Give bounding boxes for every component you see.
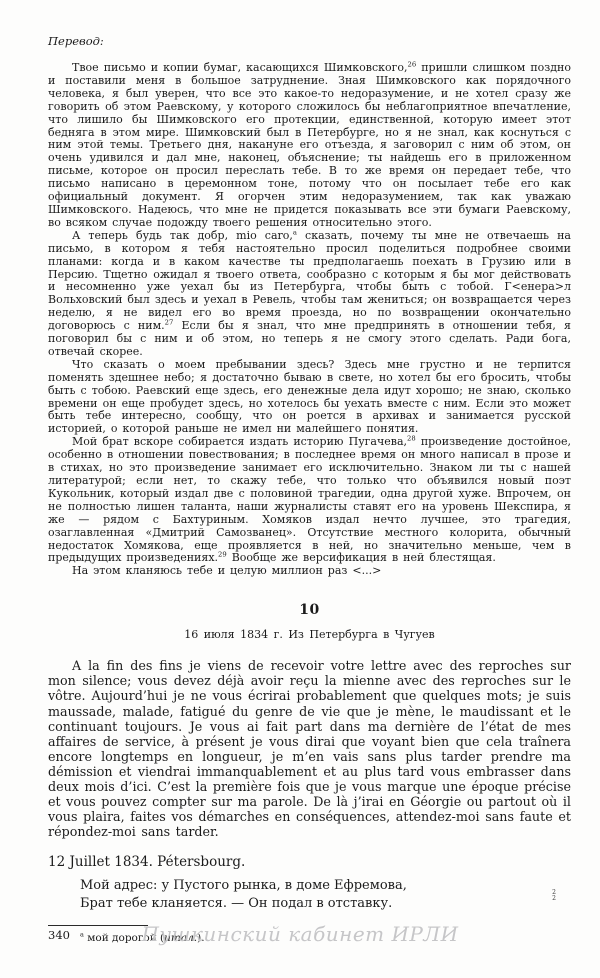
translation-paragraph: Твое письмо и копии бумаг, касающихся Ши…: [48, 62, 571, 230]
quire-edge-mark: 2 2: [552, 890, 556, 902]
letter-body-french: A la fin des fins je viens de recevoir v…: [48, 658, 571, 839]
postscript-line: Брат тебе кланяется. — Он подал в отстав…: [80, 895, 571, 913]
library-watermark: Пушкинский кабинет ИРЛИ: [0, 922, 600, 946]
translation-paragraph: Что сказать о моем пребывании здесь? Зде…: [48, 359, 571, 436]
translation-paragraph: Мой брат вскоре собирается издать истори…: [48, 436, 571, 565]
letter-number-heading: 10: [48, 602, 571, 618]
text-column: Перевод: Твое письмо и копии бумаг, каса…: [48, 34, 571, 944]
letter-dateline: 16 июля 1834 г. Из Петербурга в Чугуев: [48, 628, 571, 641]
translation-paragraph: На этом кланяюсь тебе и целую миллион ра…: [48, 565, 571, 578]
letter-postscript: Мой адрес: у Пустого рынка, в доме Ефрем…: [80, 877, 571, 913]
letter-date-place: 12 Juillet 1834. Pétersbourg.: [48, 854, 571, 870]
translation-label: Перевод:: [48, 34, 571, 48]
translation-paragraph: А теперь будь так добр, mio caro,a сказа…: [48, 230, 571, 359]
postscript-line: Мой адрес: у Пустого рынка, в доме Ефрем…: [80, 877, 571, 895]
book-page: Перевод: Твое письмо и копии бумаг, каса…: [0, 0, 600, 978]
